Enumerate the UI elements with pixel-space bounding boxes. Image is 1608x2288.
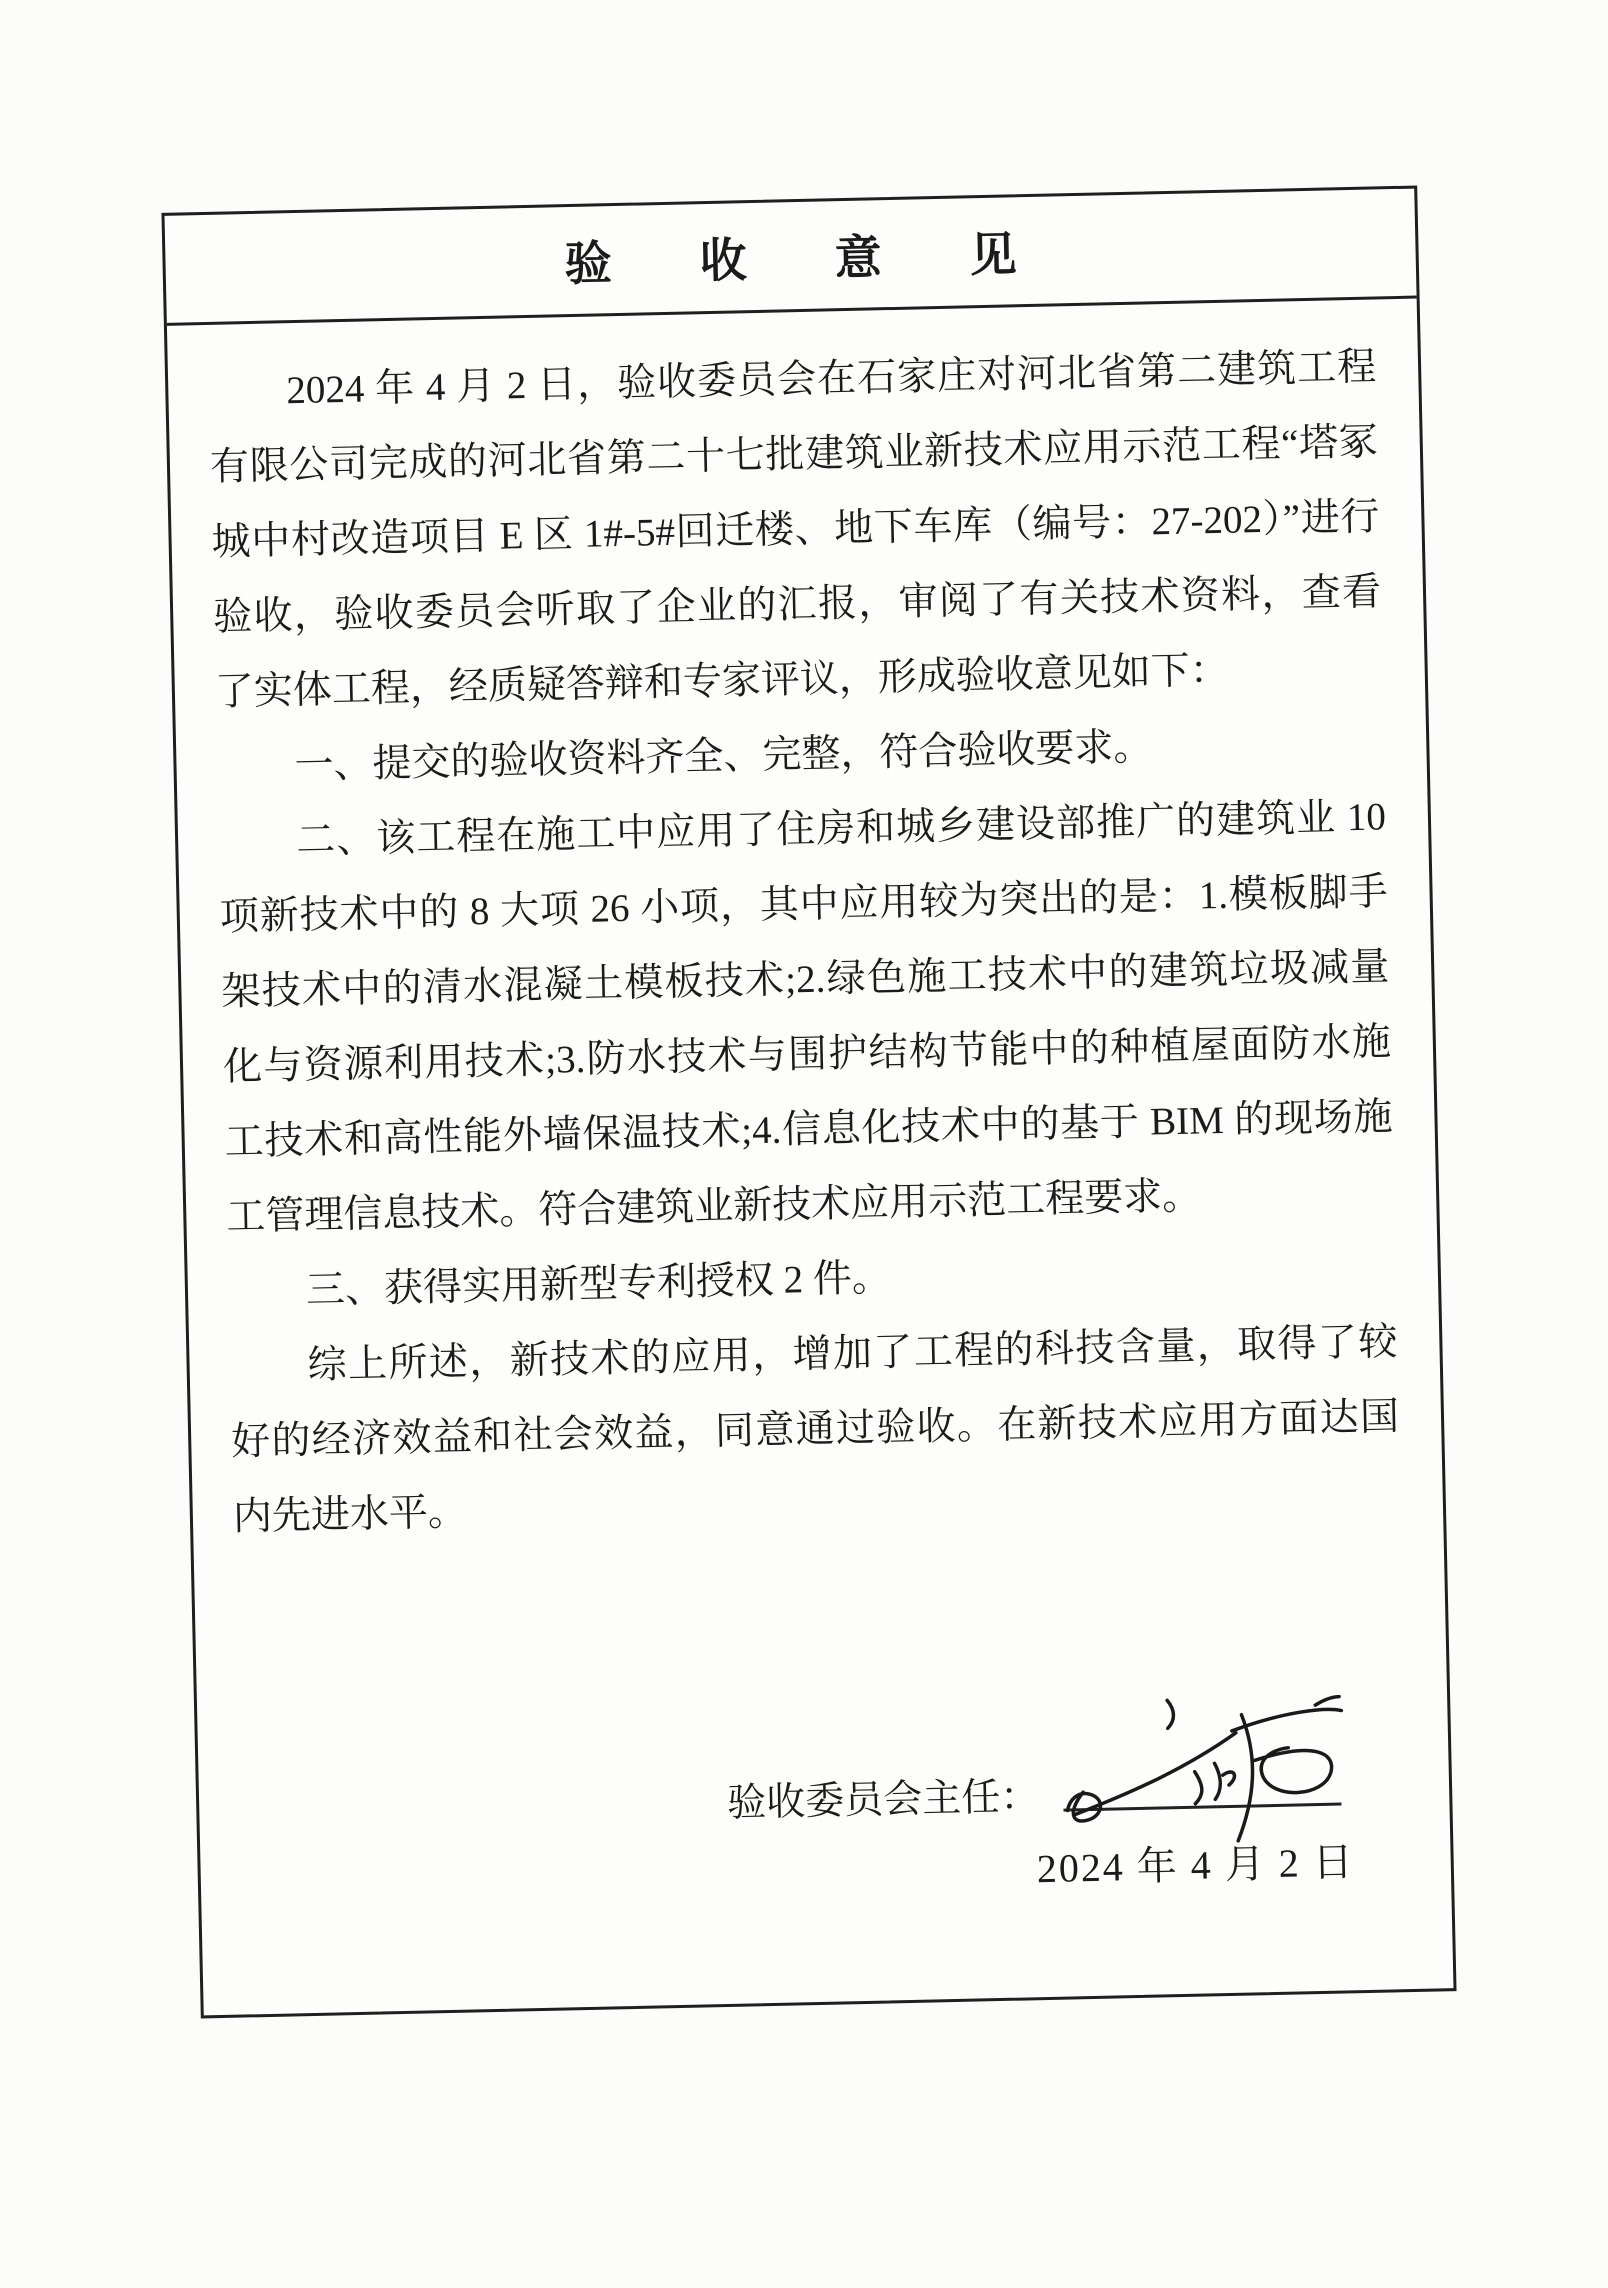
document-frame: 验收意见 2024 年 4 月 2 日，验收委员会在石家庄对河北省第二建筑工程有… [161, 186, 1456, 2019]
signature-date: 2024 年 4 月 2 日 [1036, 1830, 1355, 1894]
paragraph-intro: 2024 年 4 月 2 日，验收委员会在石家庄对河北省第二建筑工程有限公司完成… [208, 329, 1384, 729]
page-title: 验收意见 [564, 215, 1105, 294]
signature-label: 验收委员会主任： [727, 1765, 1040, 1828]
paragraph-item-2: 二、该工程在施工中应用了住房和城乡建设部推广的建筑业 10 项新技术中的 8 大… [217, 779, 1395, 1254]
paragraph-conclusion: 综上所述，新技术的应用，增加了工程的科技含量，取得了较好的经济效益和社会效益，同… [229, 1304, 1402, 1554]
acceptance-opinion-body: 2024 年 4 月 2 日，验收委员会在石家庄对河北省第二建筑工程有限公司完成… [167, 299, 1444, 1556]
scanned-document-page: { "doc": { "title": "验收意见", "paragraphs"… [0, 0, 1608, 2288]
chairman-handwritten-signature [1063, 1688, 1350, 1854]
